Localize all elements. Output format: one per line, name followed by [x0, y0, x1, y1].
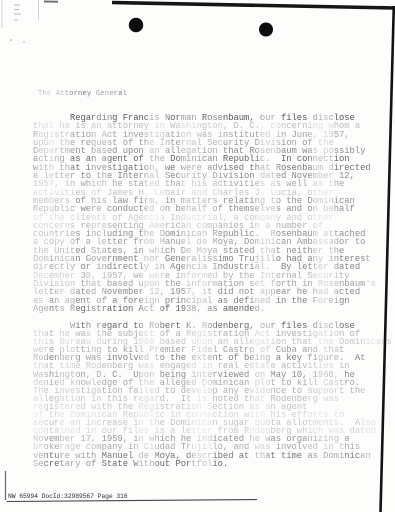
footer-docid: NW 65994 DocId:32989567 Page 316 — [8, 493, 128, 500]
salutation: The Attorney General — [38, 90, 127, 98]
corner-stamp-marks — [14, 5, 21, 20]
text-line: Secretary of State Without Portfolio. — [33, 460, 392, 468]
text-line: Agents Registration Act of 1938, as amen… — [33, 305, 376, 313]
hole-punch-icon — [129, 18, 143, 32]
scan-speck — [10, 39, 12, 41]
hole-punch-icon — [259, 23, 273, 37]
scan-edge-top — [112, 3, 395, 9]
scan-speck — [23, 41, 24, 42]
paragraph-rosenbaum: Regarding Francis Norman Rosenbaum, our … — [33, 114, 376, 313]
scanned-document-page: The Attorney General Regarding Francis N… — [0, 0, 395, 512]
paragraph-rodenberg: With regard to Robert K. Rodenberg, our … — [33, 322, 392, 468]
